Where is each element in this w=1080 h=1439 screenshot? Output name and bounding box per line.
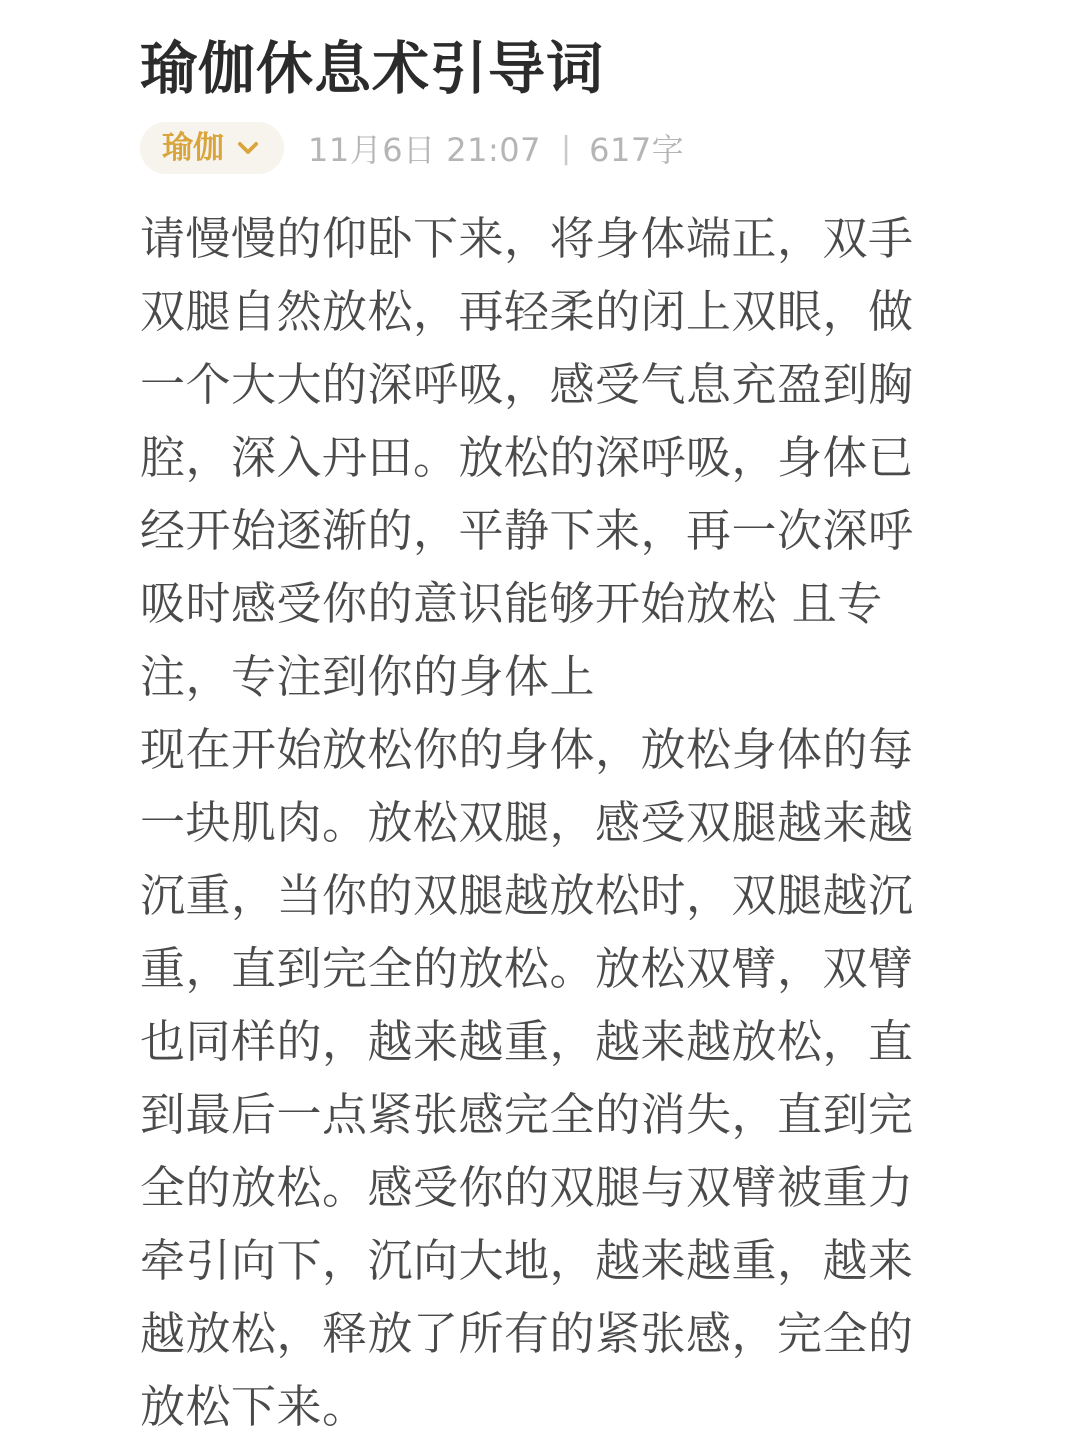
word-count: 617字	[589, 125, 684, 171]
meta-separator: |	[561, 131, 571, 166]
text-line: 经开始逐渐的，平静下来，再一次深呼	[140, 494, 940, 567]
text-line: 一块肌肉。放松双腿，感受双腿越来越	[140, 786, 940, 859]
text-line: 全的放松。感受你的双腿与双臂被重力	[140, 1151, 940, 1224]
text-line: 腔，深入丹田。放松的深呼吸，身体已	[140, 421, 940, 494]
paragraph-1: 请慢慢的仰卧下来，将身体端正，双手双腿自然放松，再轻柔的闭上双眼，做一个大大的深…	[140, 202, 940, 713]
text-line: 请慢慢的仰卧下来，将身体端正，双手	[140, 202, 940, 275]
text-line: 沉重，当你的双腿越放松时，双腿越沉	[140, 859, 940, 932]
text-line: 重，直到完全的放松。放松双臂，双臂	[140, 932, 940, 1005]
text-line: 也同样的，越来越重，越来越放松，直	[140, 1005, 940, 1078]
note-view: 瑜伽休息术引导词 瑜伽 11月6日 21:07 | 617字 请慢慢的仰卧下来，…	[0, 0, 1080, 1439]
note-title[interactable]: 瑜伽休息术引导词	[140, 36, 940, 102]
chevron-down-icon	[234, 134, 262, 162]
text-line: 到最后一点紧张感完全的消失，直到完	[140, 1078, 940, 1151]
text-line: 越放松，释放了所有的紧张感，完全的	[140, 1297, 940, 1370]
text-line: 吸时感受你的意识能够开始放松 且专	[140, 567, 940, 640]
tag-label: 瑜伽	[162, 133, 224, 164]
note-date: 11月6日 21:07	[308, 125, 541, 171]
text-line: 双腿自然放松，再轻柔的闭上双眼，做	[140, 275, 940, 348]
paragraph-2: 现在开始放松你的身体，放松身体的每一块肌肉。放松双腿，感受双腿越来越沉重，当你的…	[140, 713, 940, 1439]
note-body[interactable]: 请慢慢的仰卧下来，将身体端正，双手双腿自然放松，再轻柔的闭上双眼，做一个大大的深…	[140, 202, 940, 1439]
text-line: 放松下来。	[140, 1370, 940, 1439]
tag-pill[interactable]: 瑜伽	[140, 122, 284, 174]
text-line: 一个大大的深呼吸，感受气息充盈到胸	[140, 348, 940, 421]
text-line: 现在开始放松你的身体，放松身体的每	[140, 713, 940, 786]
text-line: 牵引向下，沉向大地，越来越重，越来	[140, 1224, 940, 1297]
meta-row: 瑜伽 11月6日 21:07 | 617字	[140, 122, 940, 174]
text-line: 注，专注到你的身体上	[140, 640, 940, 713]
